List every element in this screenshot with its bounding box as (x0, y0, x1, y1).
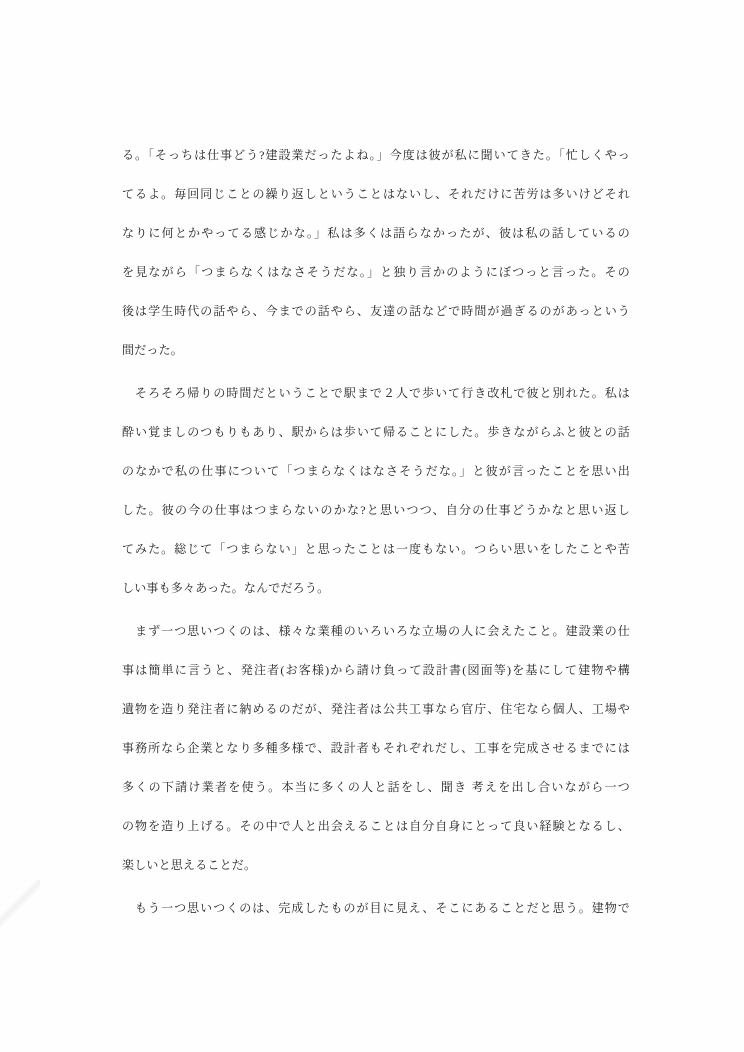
scanned-document-page: る。「そっちは仕事どう?建設業だったよね。」今度は彼が私に聞いてきた。「忙しくや… (0, 0, 744, 1052)
paragraph-2: そろそろ帰りの時間だということで駅まで２人で歩いて行き改札で彼と別れた。私は 酔… (122, 374, 630, 608)
text-line: もう一つ思いつくのは、完成したものが目に見え、そこにあることだと思う。建物で (122, 889, 630, 928)
paragraph-1: る。「そっちは仕事どう?建設業だったよね。」今度は彼が私に聞いてきた。「忙しくや… (122, 136, 630, 370)
text-line: 後は学生時代の話やら、今までの話やら、友達の話などで時間が過ぎるのがあっという (122, 292, 630, 331)
text-line: る。「そっちは仕事どう?建設業だったよね。」今度は彼が私に聞いてきた。「忙しくや… (122, 136, 630, 175)
text-line: 事は簡単に言うと、発注者(お客様)から請け負って設計書(図面等)を基にして建物や… (122, 651, 630, 690)
document-body: る。「そっちは仕事どう?建設業だったよね。」今度は彼が私に聞いてきた。「忙しくや… (122, 136, 630, 932)
text-line: の物を造り上げる。その中で人と出会えることは自分自身にとって良い経験となるし、 (122, 807, 630, 846)
text-line: 事務所なら企業となり多種多様で、設計者もそれぞれだし、工事を完成させるまでには (122, 729, 630, 768)
text-line: なりに何とかやってる感じかな。」私は多くは語らなかったが、彼は私の話しているの (122, 214, 630, 253)
text-line: 楽しいと思えることだ。 (122, 846, 630, 885)
text-line: 多くの下請け業者を使う。本当に多くの人と話をし、聞き 考えを出し合いながら一つ (122, 768, 630, 807)
paragraph-4: もう一つ思いつくのは、完成したものが目に見え、そこにあることだと思う。建物で (122, 889, 630, 928)
text-line: した。彼の今の仕事はつまらないのかな?と思いつつ、自分の仕事どうかなと思い返し (122, 491, 630, 530)
text-line: 酔い覚ましのつもりもあり、駅からは歩いて帰ることにした。歩きながらふと彼との話 (122, 413, 630, 452)
text-line: てるよ。毎回同じことの繰り返しということはないし、それだけに苦労は多いけどそれ (122, 175, 630, 214)
paragraph-3: まず一つ思いつくのは、様々な業種のいろいろな立場の人に会えたこと。建設業の仕 事… (122, 612, 630, 885)
text-line: まず一つ思いつくのは、様々な業種のいろいろな立場の人に会えたこと。建設業の仕 (122, 612, 630, 651)
scan-shadow-artifact (0, 880, 40, 930)
text-line: 遺物を造り発注者に納めるのだが、発注者は公共工事なら官庁、住宅なら個人、工場や (122, 690, 630, 729)
text-line: のなかで私の仕事について「つまらなくはなさそうだな。」と彼が言ったことを思い出 (122, 452, 630, 491)
text-line: てみた。総じて「つまらない」と思ったことは一度もない。つらい思いをしたことや苦 (122, 530, 630, 569)
text-line: を見ながら「つまらなくはなさそうだな。」と独り言かのようにぼつっと言った。その (122, 253, 630, 292)
text-line: 間だった。 (122, 331, 630, 370)
text-line: そろそろ帰りの時間だということで駅まで２人で歩いて行き改札で彼と別れた。私は (122, 374, 630, 413)
text-line: しい事も多々あった。なんでだろう。 (122, 569, 630, 608)
